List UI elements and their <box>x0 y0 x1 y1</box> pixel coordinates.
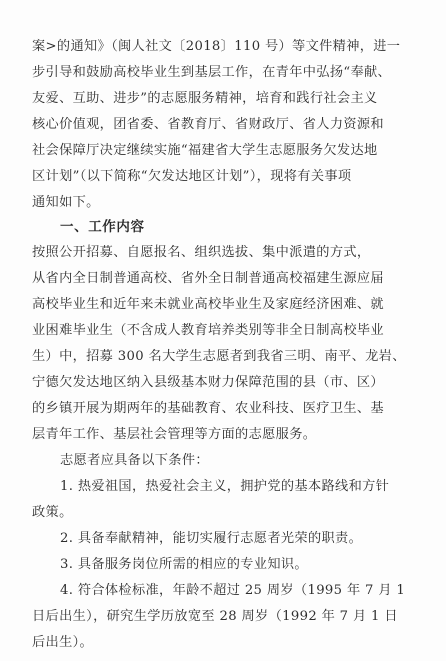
conditions-intro: 志愿者应具备以下条件： <box>60 452 432 470</box>
text-line: 友爱、互助、进步”的志愿服务精神，培育和践行社会主义 <box>32 90 404 108</box>
text-line: 核心价值观，团省委、省教育厅、省财政厅、省人力资源和 <box>32 116 404 134</box>
condition-item-4-cont: 日后出生），研究生学历放宽至 28 周岁（1992 年 7 月 1 日 <box>32 608 404 626</box>
text-line: 通知如下。 <box>32 194 404 212</box>
text-line: 区计划”（以下简称“欠发达地区计划”），现将有关事项 <box>32 168 404 186</box>
condition-item-3: 3. 具备服务岗位所需的相应的专业知识。 <box>60 556 432 574</box>
document-page: 案>的通知》（闽人社文〔2018〕110 号）等文件精神，进一 步引导和鼓励高校… <box>0 0 446 661</box>
text-line: 高校毕业生和近年来未就业高校毕业生及家庭经济困难、就 <box>32 296 404 314</box>
section-heading: 一、工作内容 <box>60 218 145 236</box>
text-line: 宁德欠发达地区纳入县级基本财力保障范围的县（市、区） <box>32 374 404 392</box>
text-line: 案>的通知》（闽人社文〔2018〕110 号）等文件精神，进一 <box>32 38 404 56</box>
text-line: 步引导和鼓励高校毕业生到基层工作，在青年中弘扬“奉献、 <box>32 64 404 82</box>
condition-item-1: 1. 热爱祖国，热爱社会主义，拥护党的基本路线和方针 <box>60 478 432 496</box>
text-line: 层青年工作、基层社会管理等方面的志愿服务。 <box>32 426 404 444</box>
condition-item-4: 4. 符合体检标准，年龄不超过 25 周岁（1995 年 7 月 1 <box>60 582 432 600</box>
condition-item-4-cont: 后出生）。 <box>32 634 404 652</box>
condition-item-2: 2. 具备奉献精神，能切实履行志愿者光荣的职责。 <box>60 530 432 548</box>
text-line: 社会保障厅决定继续实施“福建省大学生志愿服务欠发达地 <box>32 142 404 160</box>
text-line: 从省内全日制普通高校、省外全日制普通高校福建生源应届 <box>32 270 404 288</box>
condition-item-1-cont: 政策。 <box>32 504 404 522</box>
text-line: 按照公开招募、自愿报名、组织选拔、集中派遣的方式， <box>32 244 404 262</box>
text-line: 生）中，招募 300 名大学生志愿者到我省三明、南平、龙岩、 <box>32 348 404 366</box>
text-line: 的乡镇开展为期两年的基础教育、农业科技、医疗卫生、基 <box>32 400 404 418</box>
text-line: 业困难毕业生（不含成人教育培养类别等非全日制高校毕业 <box>32 322 404 340</box>
